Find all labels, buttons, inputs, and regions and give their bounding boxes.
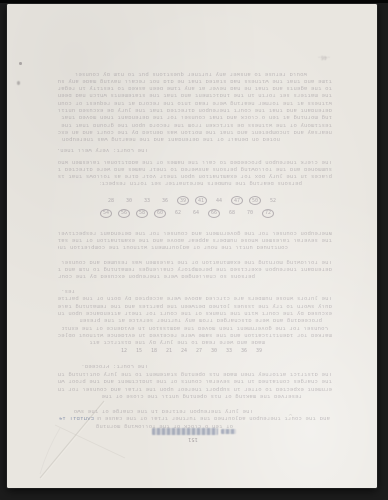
jury-numbers-row-2: 54565860626466687072 (100, 209, 274, 218)
text-line: testimony of the witness be stricken fro… (58, 121, 332, 127)
number: 39 (253, 347, 265, 356)
number: 62 (172, 209, 184, 218)
blue-stamp-smudge (152, 428, 218, 435)
text-line: hearsay and incompetent and that the mot… (58, 128, 332, 134)
number: 27 (193, 347, 205, 356)
circled-number: 50 (249, 196, 261, 205)
number: 44 (213, 196, 225, 205)
text-line: The following morning the examination of… (58, 258, 332, 264)
circled-number: 58 (136, 209, 148, 218)
text-line: made and were read to the jury by the di… (90, 338, 265, 344)
number: 12 (118, 347, 130, 356)
text-line: witness at the former hearing were read … (58, 99, 332, 105)
jury-numbers-row-1: 28303336394144475052 (105, 196, 279, 205)
margin-speck (17, 81, 20, 85)
number: 36 (238, 347, 250, 356)
circled-number: 66 (208, 209, 220, 218)
circled-number: 72 (262, 209, 274, 218)
text-line: persons so challenged were thereupon exc… (58, 272, 255, 278)
number: 33 (141, 196, 153, 205)
number: 21 (163, 347, 175, 356)
text-line: Counsel for the government then moved th… (62, 324, 328, 330)
text-line: to the agents and that he had never at a… (58, 84, 332, 90)
text-line: The clerk thereupon proceeded to call th… (58, 158, 332, 164)
number: 70 (244, 209, 256, 218)
text-line: excused by the court with the thanks of … (58, 309, 332, 315)
text-line: marked for identification and the same w… (58, 331, 332, 337)
number: 18 (148, 347, 160, 356)
text-line: duly sworn to try the issues joined betw… (58, 302, 332, 308)
number: 36 (159, 196, 171, 205)
text-line: the several talesmen whose numbers appea… (58, 236, 332, 242)
text-line: The Court: Proceed. (58, 362, 148, 368)
text-line: persons bearing the numbers hereinafter … (100, 179, 302, 185)
number: 52 (267, 196, 279, 205)
circled-number: 54 (100, 209, 112, 218)
text-line: and the court thereupon adjourned the fu… (97, 414, 330, 420)
circled-number: 60 (154, 209, 166, 218)
text-line: Yes. (58, 287, 75, 293)
text-line: would refuse to answer any further quest… (75, 70, 307, 76)
text-line: of ten o'clock of the following morning (93, 422, 233, 428)
circled-number: 41 (195, 196, 207, 205)
number: 68 (226, 209, 238, 218)
text-line: continued until the hour of adjournment … (58, 243, 288, 249)
number: 30 (208, 347, 220, 356)
circled-number: 39 (177, 196, 189, 205)
text-line: the charges contained in the several cou… (58, 377, 332, 383)
text-line: reserved the making of his opening until… (100, 392, 302, 398)
jury-numbers-row-3: 12151821242730333639 (118, 347, 265, 356)
text-line: noted on behalf of the defendant and the… (58, 135, 280, 141)
text-line: defendant thereupon exercised the peremp… (58, 265, 332, 271)
number: 30 (123, 196, 135, 205)
text-line: the matters set forth in the indictment … (58, 91, 332, 97)
number: 33 (223, 347, 235, 356)
text-line: defendant and that the court thereupon d… (58, 106, 332, 112)
number: 64 (190, 209, 202, 218)
circled-number: 56 (118, 209, 130, 218)
circled-number: 47 (231, 196, 243, 205)
number: 28 (105, 196, 117, 205)
paper: -46- 151 would refuse to answer any furt… (7, 4, 377, 488)
text-line: summoned and the following persons answe… (58, 165, 332, 171)
text-line: The jury thereupon retired in the charge… (73, 407, 253, 413)
text-line: proceeding and were discharged from any … (80, 316, 322, 322)
page-number: 151 (183, 436, 203, 442)
blue-stamp-smudge-small (221, 429, 236, 434)
text-line: The district attorney then made his open… (58, 370, 332, 376)
text-line: ing morning at ten o'clock and that coun… (58, 113, 332, 119)
number: 24 (178, 347, 190, 356)
text-line: The Court: Very well then. (58, 146, 148, 152)
corner-page-mark: -46- (312, 54, 336, 60)
text-line: time and that the witness had stated tha… (58, 77, 332, 83)
text-line: Whereupon counsel for the government and… (58, 229, 332, 235)
blue-ink-text-line: EXHIBIT 14 (58, 414, 94, 420)
scan-backdrop: -46- 151 would refuse to answer any furt… (0, 0, 388, 500)
text-line: ernment expected to offer in support the… (58, 385, 332, 391)
margin-speck (19, 62, 22, 65)
text-line: The jurors whose numbers are circled abo… (58, 294, 332, 300)
text-line: places in the jury box for examination u… (58, 172, 332, 178)
number: 15 (133, 347, 145, 356)
